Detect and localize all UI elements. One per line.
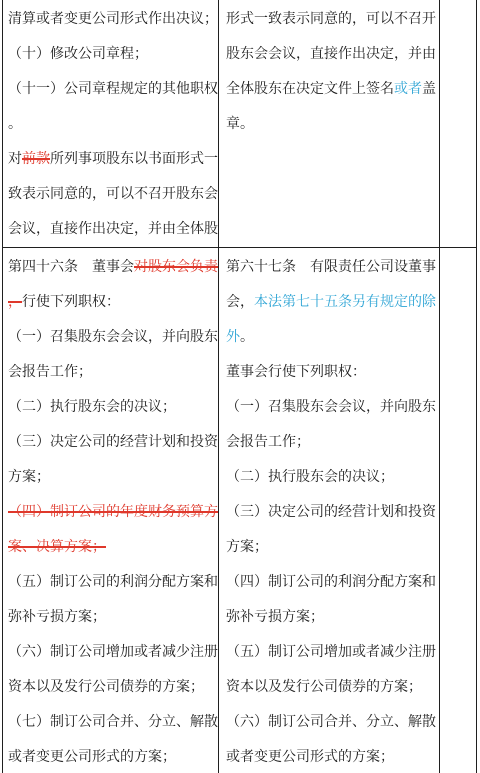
cell-old-law-row1: 清算或者变更公司形式作出决议；（十）修改公司章程；（十一）公司章程规定的其他职权…: [3, 0, 219, 248]
paragraph: （二）执行股东会的决议；: [8, 389, 218, 424]
paragraph: （四）制订公司的年度财务预算方案、决算方案；: [8, 494, 218, 564]
text-run: （十一）公司章程规定的其他职权。: [8, 80, 218, 131]
cell-new-law-row2: 第六十七条 有限责任公司设董事会，本法第七十五条另有规定的除外。董事会行使下列职…: [219, 248, 440, 773]
paragraph: （二）执行股东会的决议；: [226, 459, 436, 494]
text-run: （三）决定公司的经营计划和投资方案；: [8, 433, 218, 484]
paragraph: （一）召集股东会会议，并向股东会报告工作；: [226, 389, 436, 459]
text-run: 清算或者变更公司形式作出决议；: [8, 10, 218, 26]
cell-notes-row1: [440, 0, 477, 248]
paragraph: （一）召集股东会会议，并向股东会报告工作；: [8, 319, 218, 389]
text-run: （四）制订公司的利润分配方案和弥补亏损方案；: [226, 573, 436, 624]
paragraph: （四）制订公司的利润分配方案和弥补亏损方案；: [226, 564, 436, 634]
text-run: （六）制订公司增加或者减少注册资本以及发行公司债券的方案；: [8, 643, 218, 694]
text-run: （五）制订公司的利润分配方案和弥补亏损方案；: [8, 573, 218, 624]
text-run: （一）召集股东会会议，并向股东会报告工作；: [226, 398, 436, 449]
inserted-text: 本法第七十五条另有规定的除外: [226, 293, 436, 344]
paragraph: （五）制订公司增加或者减少注册资本以及发行公司债券的方案；: [226, 634, 436, 704]
paragraph: 第四十六条 董事会对股东会负责，行使下列职权：: [8, 249, 218, 319]
paragraph: （三）决定公司的经营计划和投资方案；: [8, 424, 218, 494]
paragraph: （十一）公司章程规定的其他职权。: [8, 71, 218, 141]
text-run: 对: [8, 150, 22, 166]
paragraph: （六）制订公司增加或者减少注册资本以及发行公司债券的方案；: [8, 634, 218, 704]
text-run: （一）召集股东会会议，并向股东会报告工作；: [8, 328, 218, 379]
paragraph: （十）修改公司章程；: [8, 36, 218, 71]
text-run: （五）制订公司增加或者减少注册资本以及发行公司债券的方案；: [226, 643, 436, 694]
text-run: （三）决定公司的经营计划和投资方案；: [226, 503, 436, 554]
paragraph: 董事会行使下列职权：: [226, 354, 436, 389]
text-run: （二）执行股东会的决议；: [226, 468, 394, 484]
deleted-text: 前款: [22, 150, 50, 166]
text-run: 第四十六条 董事会: [8, 258, 134, 274]
text-run: 董事会行使下列职权：: [226, 363, 366, 379]
cell-notes-row2: [440, 248, 477, 773]
paragraph: 形式一致表示同意的，可以不召开股东会会议，直接作出决定，并由全体股东在决定文件上…: [226, 1, 436, 141]
deleted-text: （四）制订公司的年度财务预算方案、决算方案；: [8, 503, 218, 554]
document-page: 清算或者变更公司形式作出决议；（十）修改公司章程；（十一）公司章程规定的其他职权…: [0, 0, 480, 773]
inserted-text: 或者: [394, 80, 422, 96]
paragraph: （七）制订公司合并、分立、解散或者变更公司形式的方案；: [8, 704, 218, 773]
cell-new-law-row1: 形式一致表示同意的，可以不召开股东会会议，直接作出决定，并由全体股东在决定文件上…: [219, 0, 440, 248]
text-run: （二）执行股东会的决议；: [8, 398, 176, 414]
text-run: 。: [240, 328, 254, 344]
paragraph: （三）决定公司的经营计划和投资方案；: [226, 494, 436, 564]
text-run: 行使下列职权：: [22, 293, 120, 309]
text-run: （十）修改公司章程；: [8, 45, 148, 61]
cell-old-law-row2: 第四十六条 董事会对股东会负责，行使下列职权：（一）召集股东会会议，并向股东会报…: [3, 248, 219, 773]
text-run: （六）制订公司合并、分立、解散或者变更公司形式的方案；: [226, 713, 436, 764]
text-run: （七）制订公司合并、分立、解散或者变更公司形式的方案；: [8, 713, 218, 764]
paragraph: 清算或者变更公司形式作出决议；: [8, 1, 218, 36]
paragraph: 对前款所列事项股东以书面形式一致表示同意的，可以不召开股东会会议，直接作出决定，…: [8, 141, 218, 248]
law-comparison-table: 清算或者变更公司形式作出决议；（十）修改公司章程；（十一）公司章程规定的其他职权…: [2, 0, 477, 773]
paragraph: （六）制订公司合并、分立、解散或者变更公司形式的方案；: [226, 704, 436, 773]
paragraph: （五）制订公司的利润分配方案和弥补亏损方案；: [8, 564, 218, 634]
paragraph: 第六十七条 有限责任公司设董事会，本法第七十五条另有规定的除外。: [226, 249, 436, 354]
